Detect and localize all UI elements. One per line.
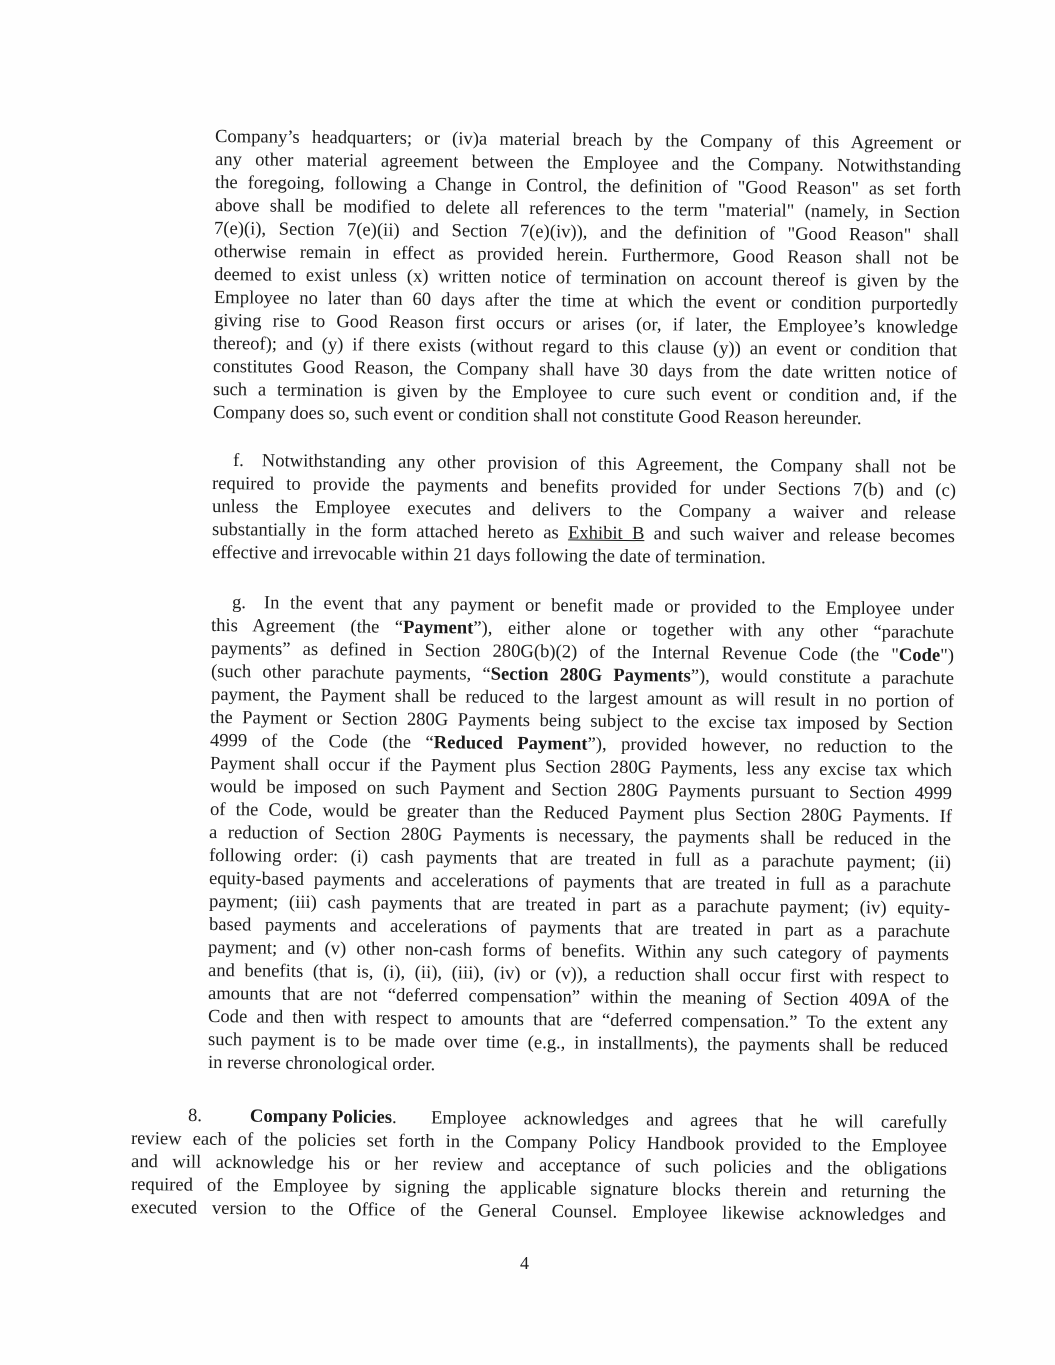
document-page: Company’s headquarters; or (iv)a materia… — [0, 0, 1055, 1365]
defined-term-code: Code — [899, 645, 941, 666]
defined-term-reduced-payment: Reduced Payment — [434, 732, 588, 754]
defined-term-payment: Payment — [403, 617, 473, 639]
section-number: 8. — [188, 1105, 202, 1127]
section-heading: Company Policies — [250, 1106, 392, 1129]
text-segment: ”), would constitute a parachute — [691, 666, 954, 690]
page-number: 4 — [520, 1252, 529, 1274]
paragraph-label: f. — [233, 450, 244, 472]
text-segment: 4999 of the Code (the “ — [210, 730, 434, 753]
text-segment: substantially in the form attached heret… — [212, 519, 568, 543]
paragraph-label: g. — [232, 592, 246, 614]
text-segment: and such waiver and release becomes — [644, 523, 955, 547]
text-segment: . Employee acknowledges and agrees that … — [392, 1107, 947, 1134]
text-segment: ") — [940, 645, 954, 666]
text-segment: ”), provided however, no reduction to th… — [587, 734, 953, 759]
defined-term-section-280g-payments: Section 280G Payments — [491, 664, 691, 687]
text-segment: (such other parachute payments, “ — [211, 661, 491, 685]
exhibit-b-reference: Exhibit B — [568, 522, 645, 544]
text-segment: this Agreement (the “ — [211, 615, 403, 638]
text-segment: ”), either alone or together with any ot… — [473, 618, 954, 644]
